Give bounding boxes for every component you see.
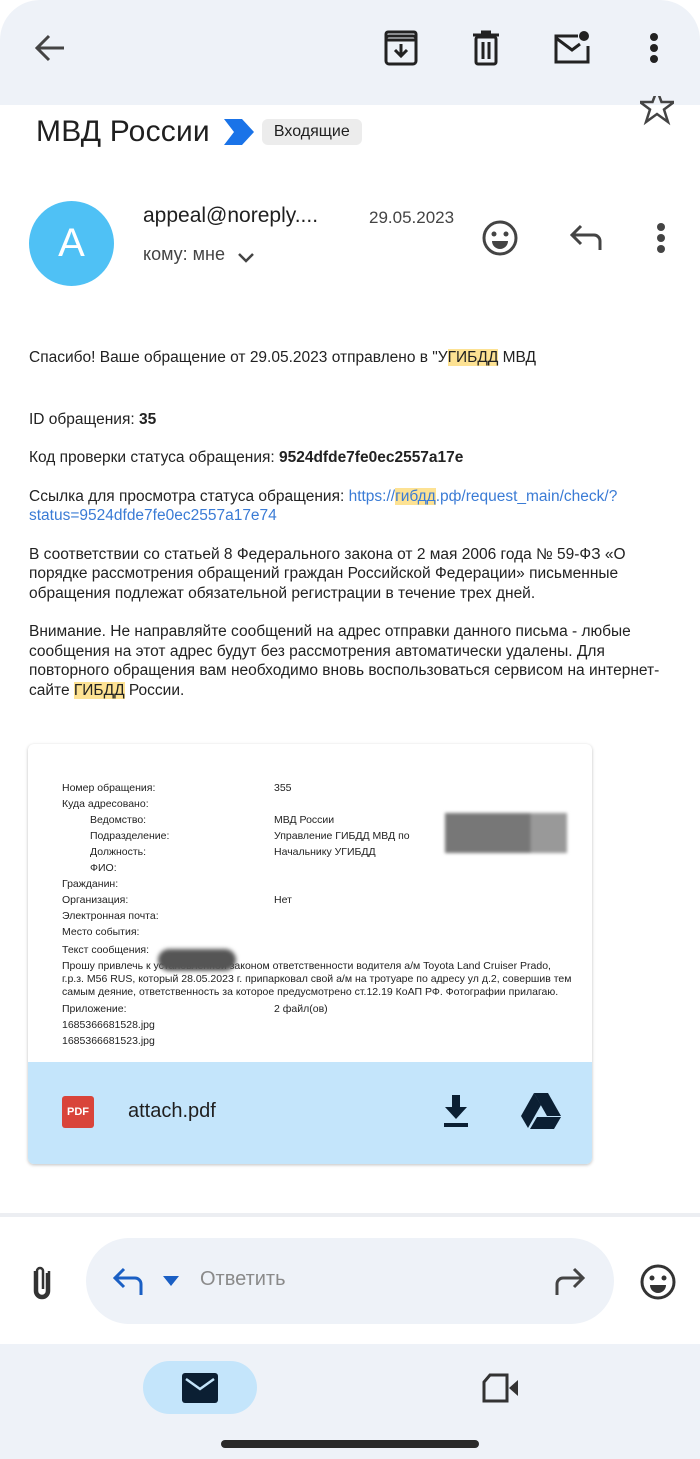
reply-button[interactable] (568, 222, 604, 254)
reply-icon (112, 1267, 146, 1297)
home-indicator[interactable] (221, 1440, 479, 1448)
video-camera-icon (481, 1373, 519, 1403)
pdf-file-icon: PDF (62, 1096, 94, 1128)
download-icon (443, 1095, 469, 1127)
reply-mode-dropdown[interactable] (162, 1274, 180, 1288)
more-vert-icon (656, 222, 666, 254)
appeal-text: Прошу привлечь к установленной законом о… (62, 960, 572, 999)
mail-unread-icon (552, 28, 592, 66)
bottom-navigation (0, 1344, 700, 1459)
top-app-bar (0, 0, 700, 105)
attachment-bar: PDF attach.pdf (28, 1062, 592, 1164)
chevron-down-icon (237, 252, 255, 264)
email-subject: МВД России (36, 115, 210, 149)
emoji-icon (639, 1263, 677, 1301)
mail-icon (182, 1373, 218, 1403)
body-status-code: Код проверки статуса обращения: 9524dfde… (29, 448, 669, 468)
subject-row: МВД России Входящие (36, 112, 362, 152)
reply-mode-button[interactable] (112, 1266, 146, 1298)
divider (0, 1213, 700, 1217)
back-button[interactable] (30, 30, 70, 66)
attach-file-button[interactable] (28, 1262, 56, 1302)
body-status-link: Ссылка для просмотра статуса обращения: … (29, 487, 669, 526)
paperclip-icon (31, 1263, 53, 1301)
recipient-label: кому: мне (143, 244, 225, 265)
body-appeal-id: ID обращения: 35 (29, 410, 669, 430)
attachment-filename[interactable]: attach.pdf (128, 1100, 216, 1123)
archive-button[interactable] (383, 30, 419, 66)
nav-mail-tab[interactable] (143, 1361, 257, 1414)
email-date: 29.05.2023 (369, 208, 454, 228)
trash-icon (471, 30, 501, 66)
add-reaction-button[interactable] (480, 218, 520, 258)
search-highlight: ГИБДД (448, 349, 499, 366)
body-warning: Внимание. Не направляйте сообщений на ад… (29, 622, 669, 700)
message-more-button[interactable] (650, 220, 672, 256)
emoji-button[interactable] (638, 1262, 678, 1302)
delete-button[interactable] (470, 30, 502, 66)
download-button[interactable] (440, 1094, 472, 1128)
body-paragraph-thanks: Спасибо! Ваше обращение от 29.05.2023 от… (29, 348, 669, 368)
sender-avatar[interactable]: A (29, 201, 114, 286)
label-chip-inbox[interactable]: Входящие (262, 119, 362, 145)
star-button[interactable] (640, 96, 674, 126)
forward-button[interactable] (552, 1266, 586, 1298)
redaction (445, 813, 567, 853)
emoji-icon (481, 219, 519, 257)
recipient-details-toggle[interactable]: кому: мне (143, 244, 255, 265)
mark-unread-button[interactable] (552, 28, 592, 66)
sender-address[interactable]: appeal@noreply.... (143, 204, 318, 228)
more-options-button[interactable] (642, 30, 666, 66)
archive-icon (384, 30, 418, 66)
redaction (158, 949, 236, 971)
save-to-drive-button[interactable] (520, 1092, 562, 1130)
star-outline-icon (640, 96, 674, 126)
body-law-notice: В соответствии со статьей 8 Федерального… (29, 545, 669, 604)
more-vert-icon (649, 32, 659, 64)
reply-input[interactable]: Ответить (86, 1238, 614, 1324)
email-body: Спасибо! Ваше обращение от 29.05.2023 от… (29, 348, 669, 719)
back-arrow-icon (34, 33, 66, 63)
attachment-card[interactable]: Номер обращения:355 Куда адресовано: Вед… (28, 744, 592, 1164)
reply-icon (569, 224, 603, 252)
reply-placeholder: Ответить (200, 1268, 286, 1291)
google-drive-icon (521, 1093, 561, 1129)
caret-down-icon (163, 1276, 179, 1286)
important-marker-icon[interactable] (224, 119, 254, 145)
forward-icon (552, 1267, 586, 1297)
nav-meet-tab[interactable] (480, 1372, 520, 1404)
